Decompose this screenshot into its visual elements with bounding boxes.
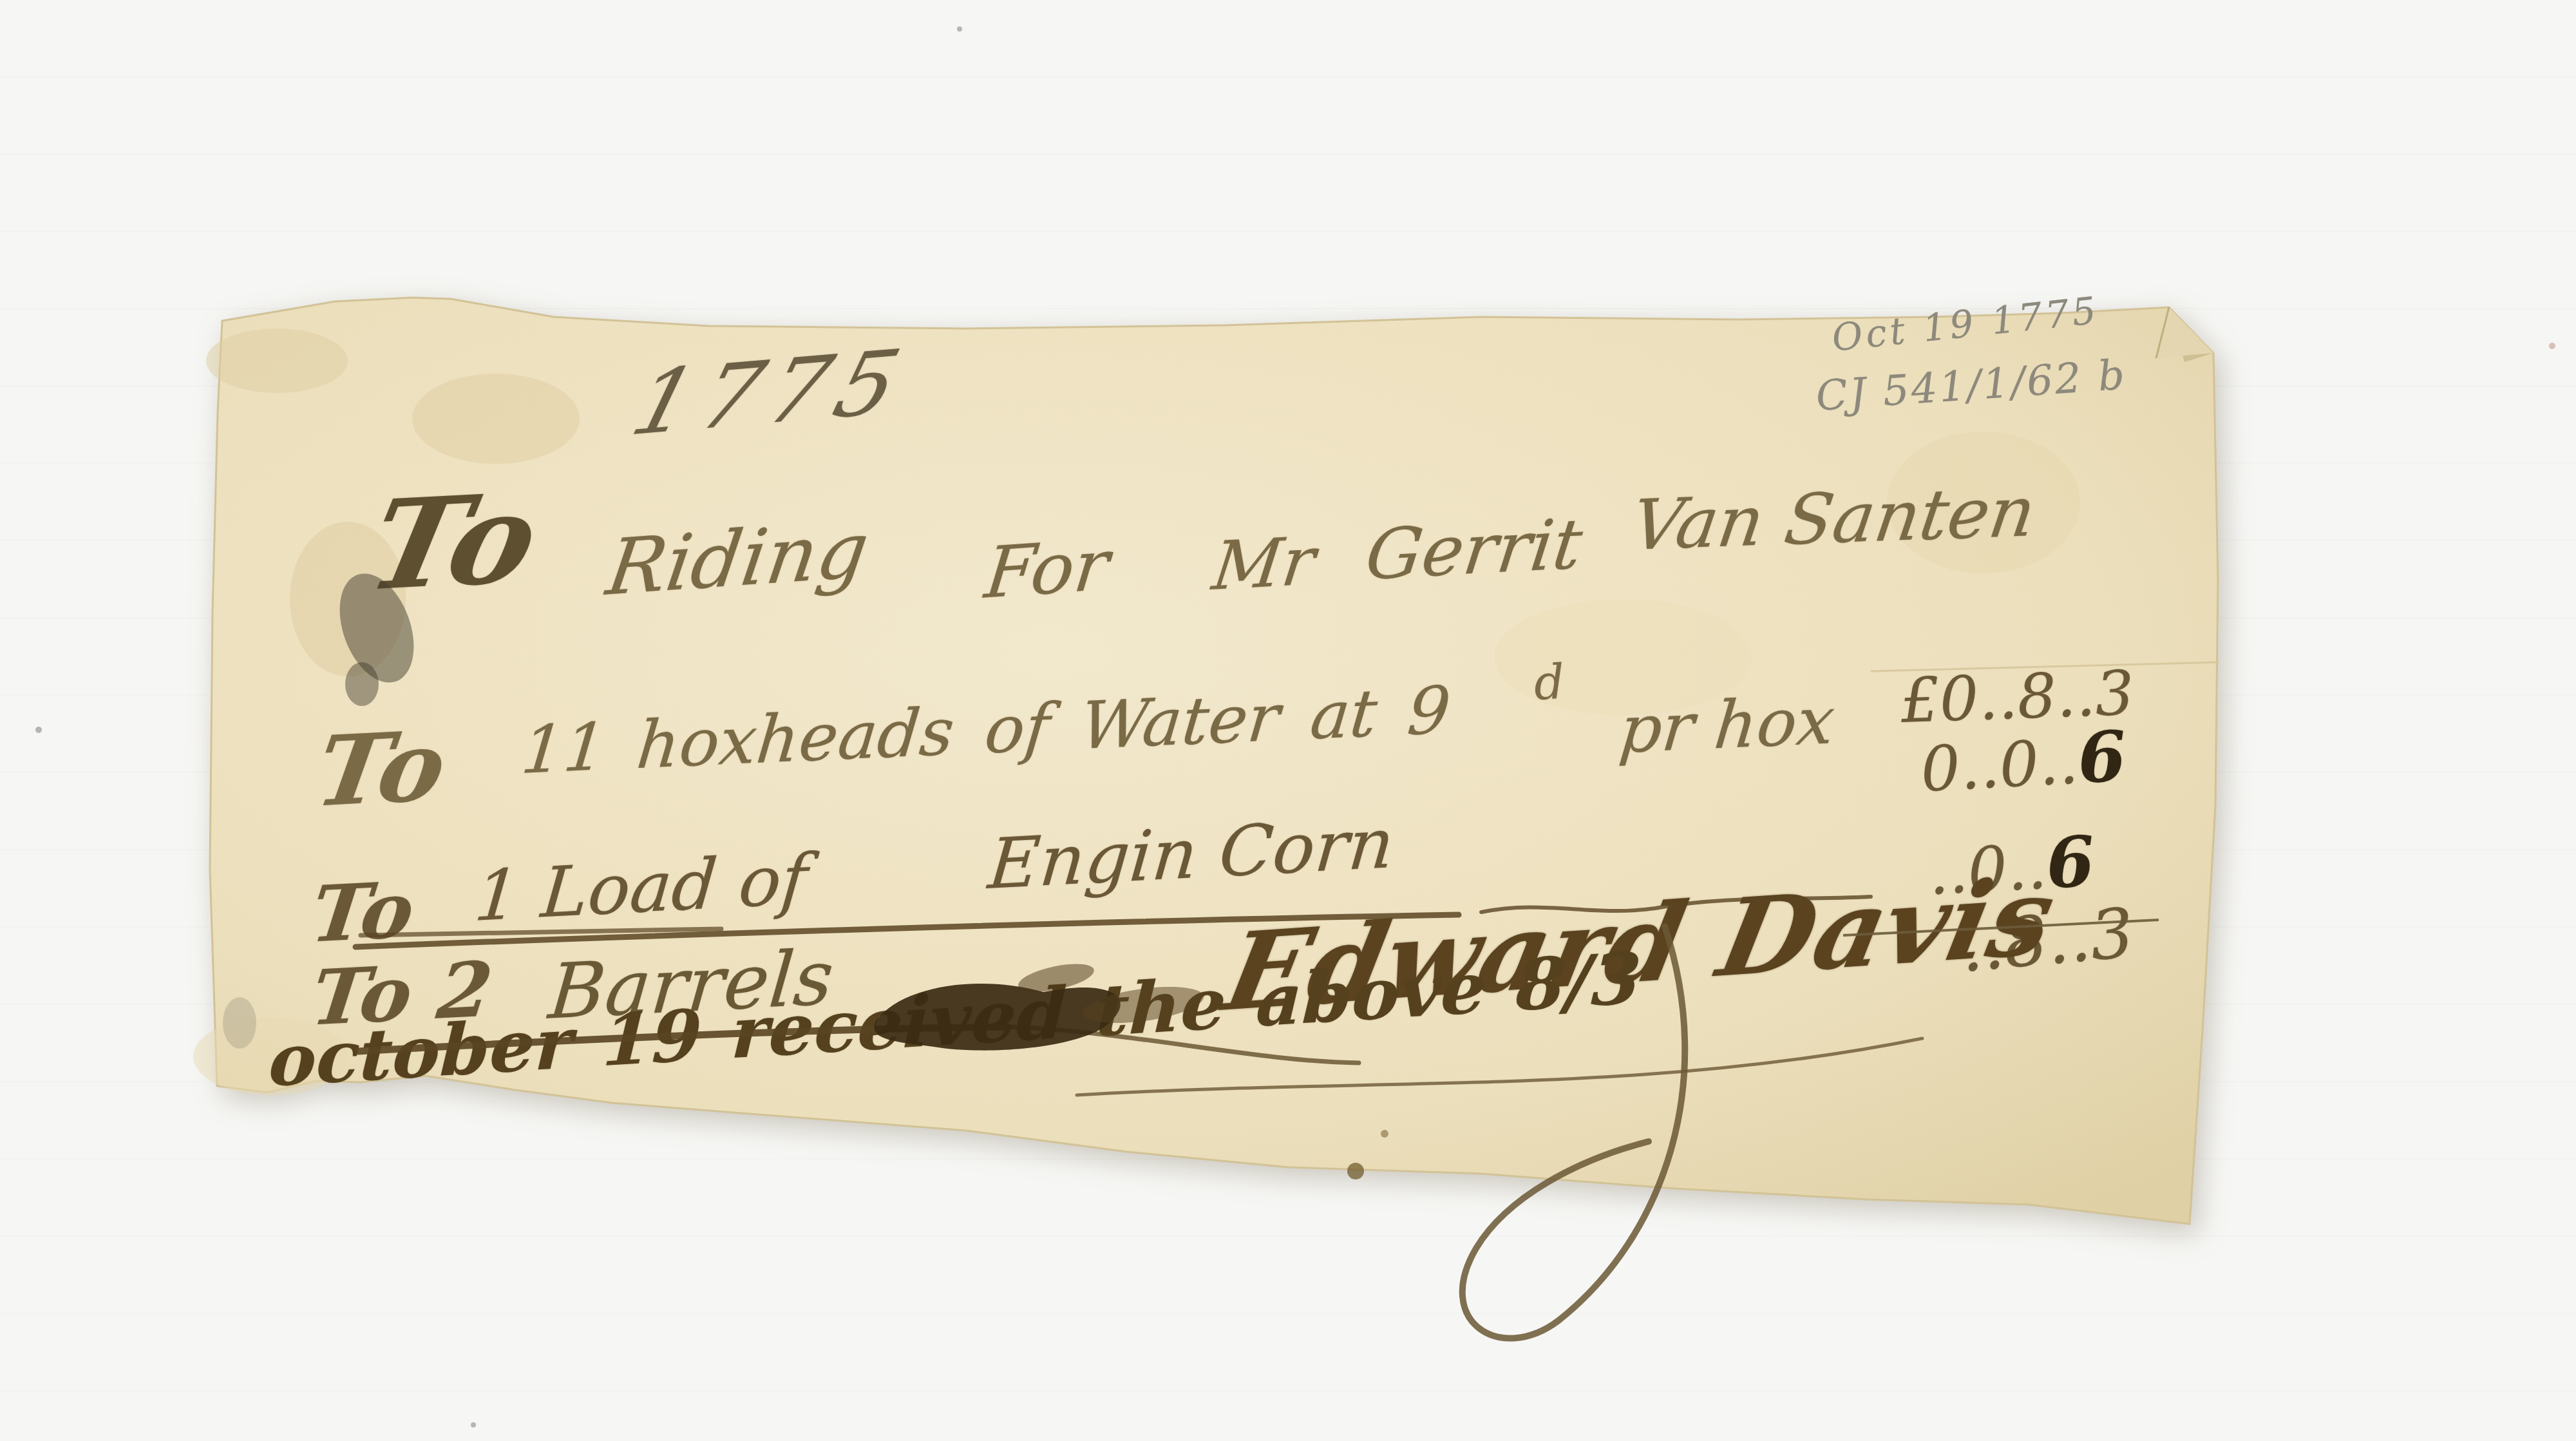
title-word-mr: Mr	[1209, 530, 1319, 598]
item-corn-text2: Engin Corn	[986, 811, 1397, 898]
scanned-receipt-page: 1775 Oct 19 1775 CJ 541/1/62 b To Riding…	[0, 0, 2576, 1441]
title-word-to: To	[360, 480, 547, 606]
title-word-for: For	[982, 531, 1112, 607]
pencil-note-date: Oct 19 1775	[1830, 292, 2101, 356]
item-water-superscript-d: d	[1533, 660, 1566, 707]
title-word-riding: Riding	[603, 514, 873, 605]
item-corn-to: To	[308, 873, 418, 952]
year-heading: 1775	[624, 339, 917, 446]
item-corn-text1: 1 Load of	[472, 847, 810, 930]
item-corn-amount-pence: 6	[2076, 716, 2128, 799]
fold-crease	[2156, 307, 2169, 358]
item-water-per-hox: pr hox	[1617, 691, 1837, 762]
pencil-note-reference: CJ 541/1/62 b	[1815, 356, 2128, 416]
title-word-van-santen: Van Santen	[1628, 479, 2040, 559]
fold-shadow	[2169, 307, 2213, 362]
title-word-gerrit: Gerrit	[1362, 512, 1586, 589]
item-corn-amount: 0..0..6	[1919, 723, 2128, 800]
item-water-to: To	[310, 720, 451, 818]
footer-ink-drops	[1347, 1130, 1388, 1179]
item-water-text: 11 hoxheads of Water at 9	[519, 680, 1454, 782]
folded-corner	[2156, 307, 2213, 358]
